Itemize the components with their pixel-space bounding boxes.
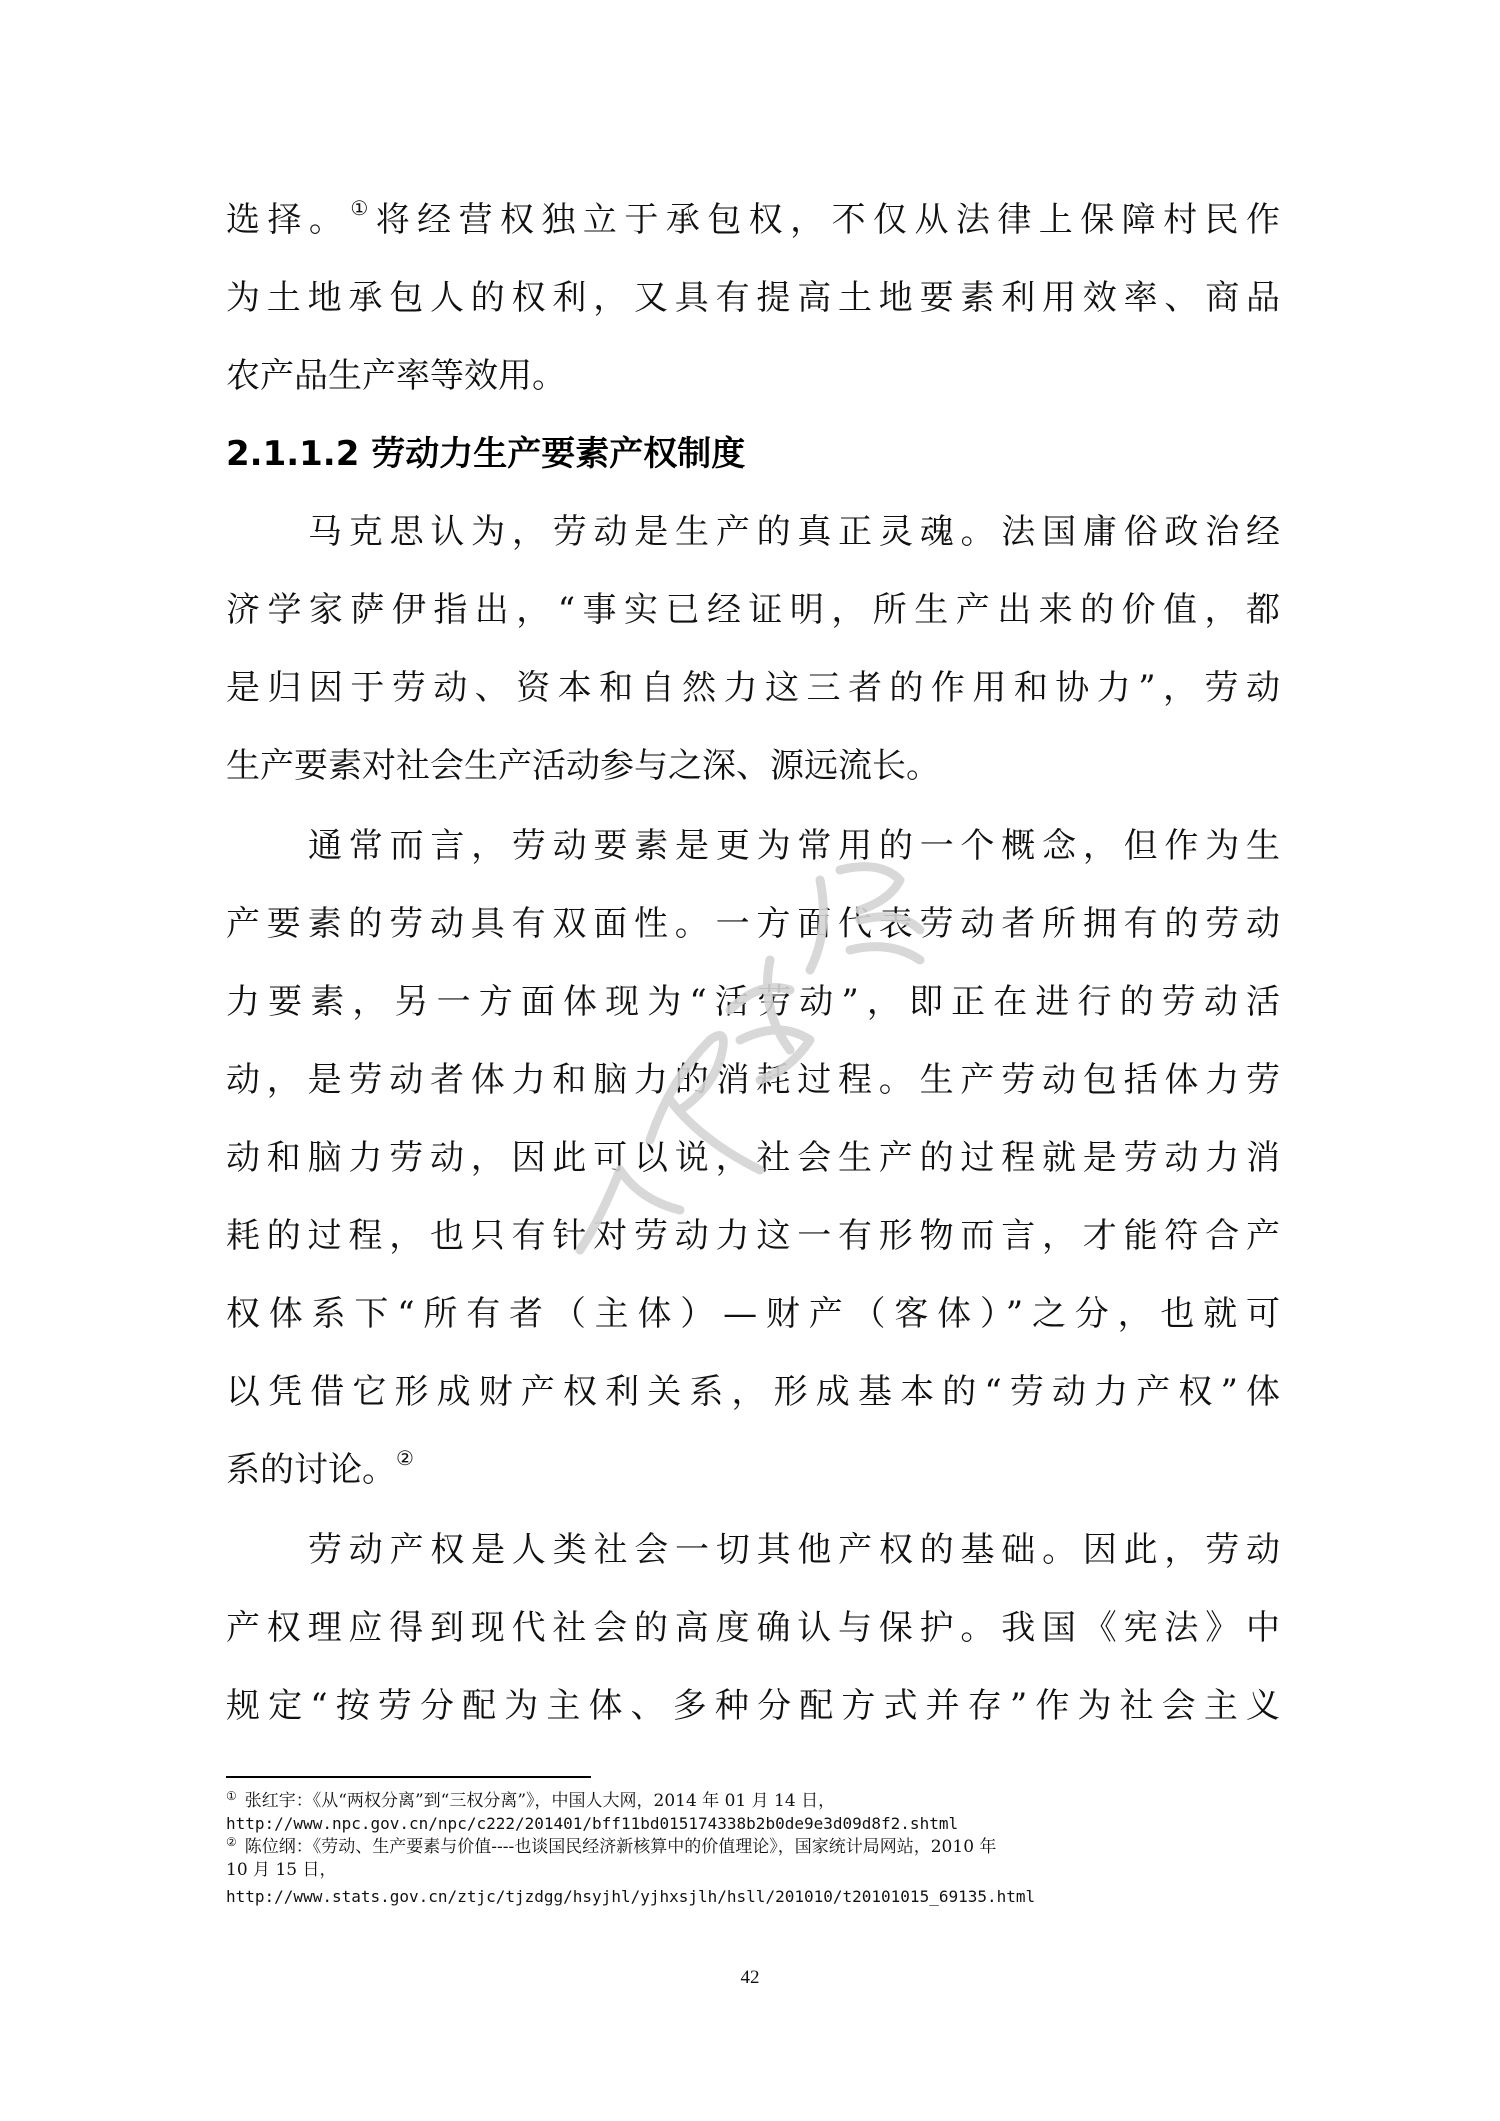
paragraph-line: 产要素的劳动具有双面性。一方面代表劳动者所拥有的劳动	[226, 904, 1280, 944]
footnote-separator	[226, 1776, 591, 1778]
document-page: 选择。①将经营权独立于承包权，不仅从法律上保障村民作 为土地承包人的权利，又具有…	[0, 0, 1500, 2121]
paragraph-line: 通常而言，劳动要素是更为常用的一个概念，但作为生	[308, 826, 1280, 866]
paragraph-line: 力要素，另一方面体现为“活劳动”，即正在进行的劳动活	[226, 982, 1280, 1022]
footnote-ref-2[interactable]: ②	[396, 1446, 414, 1470]
text-run: 选择。	[226, 200, 350, 240]
text-run: 系的讨论。	[226, 1450, 396, 1490]
footnote-ref-1[interactable]: ①	[350, 196, 375, 220]
footnote-text: 陈位纲：《劳动、生产要素与价值----也谈国民经济新核算中的价值理论》，国家统计…	[245, 1837, 997, 1857]
paragraph-line: 以凭借它形成财产权利关系，形成基本的“劳动力产权”体	[226, 1372, 1280, 1412]
footnote-marker: ①	[226, 1789, 237, 1803]
paragraph-line: 马克思认为，劳动是生产的真正灵魂。法国庸俗政治经	[308, 512, 1280, 552]
footnote-text: 张红宇：《从“两权分离”到“三权分离”》，中国人大网，2014 年 01 月 1…	[245, 1791, 835, 1811]
paragraph-line: 系的讨论。②	[226, 1450, 1280, 1490]
paragraph-line: 动，是劳动者体力和脑力的消耗过程。生产劳动包括体力劳	[226, 1060, 1280, 1100]
paragraph-line: 耗的过程，也只有针对劳动力这一有形物而言，才能符合产	[226, 1216, 1280, 1256]
paragraph-line: 农产品生产率等效用。	[226, 356, 1280, 396]
paragraph-line: 生产要素对社会生产活动参与之深、源远流长。	[226, 746, 1280, 786]
footnote-1-url[interactable]: http://www.npc.gov.cn/npc/c222/201401/bf…	[226, 1813, 1286, 1835]
paragraph-line: 是归因于劳动、资本和自然力这三者的作用和协力”，劳动	[226, 668, 1280, 708]
paragraph-line: 产权理应得到现代社会的高度确认与保护。我国《宪法》中	[226, 1608, 1280, 1648]
page-number: 42	[0, 1967, 1500, 1989]
footnote-marker: ②	[226, 1835, 237, 1849]
section-heading: 2.1.1.2 劳动力生产要素产权制度	[226, 432, 745, 476]
paragraph-line: 权体系下“所有者（主体）—财产（客体）”之分，也就可	[226, 1294, 1280, 1334]
footnote-2-date: 10 月 15 日，	[226, 1859, 1286, 1881]
paragraph-line: 济学家萨伊指出，“事实已经证明，所生产出来的价值，都	[226, 590, 1280, 630]
paragraph-line: 劳动产权是人类社会一切其他产权的基础。因此，劳动	[308, 1530, 1280, 1570]
paragraph-line: 规定“按劳分配为主体、多种分配方式并存”作为社会主义	[226, 1686, 1280, 1726]
paragraph-line: 为土地承包人的权利，又具有提高土地要素利用效率、商品	[226, 278, 1280, 318]
footnote-1: ①张红宇：《从“两权分离”到“三权分离”》，中国人大网，2014 年 01 月 …	[226, 1790, 1286, 1812]
paragraph-line: 动和脑力劳动，因此可以说，社会生产的过程就是劳动力消	[226, 1138, 1280, 1178]
text-run: 将经营权独立于承包权，不仅从法律上保障村民作	[376, 200, 1280, 240]
footnote-2: ②陈位纲：《劳动、生产要素与价值----也谈国民经济新核算中的价值理论》，国家统…	[226, 1836, 1286, 1858]
watermark-calligraphy-icon	[560, 840, 980, 1260]
footnote-2-url[interactable]: http://www.stats.gov.cn/ztjc/tjzdgg/hsyj…	[226, 1886, 1286, 1908]
paragraph-line: 选择。①将经营权独立于承包权，不仅从法律上保障村民作	[226, 200, 1280, 240]
